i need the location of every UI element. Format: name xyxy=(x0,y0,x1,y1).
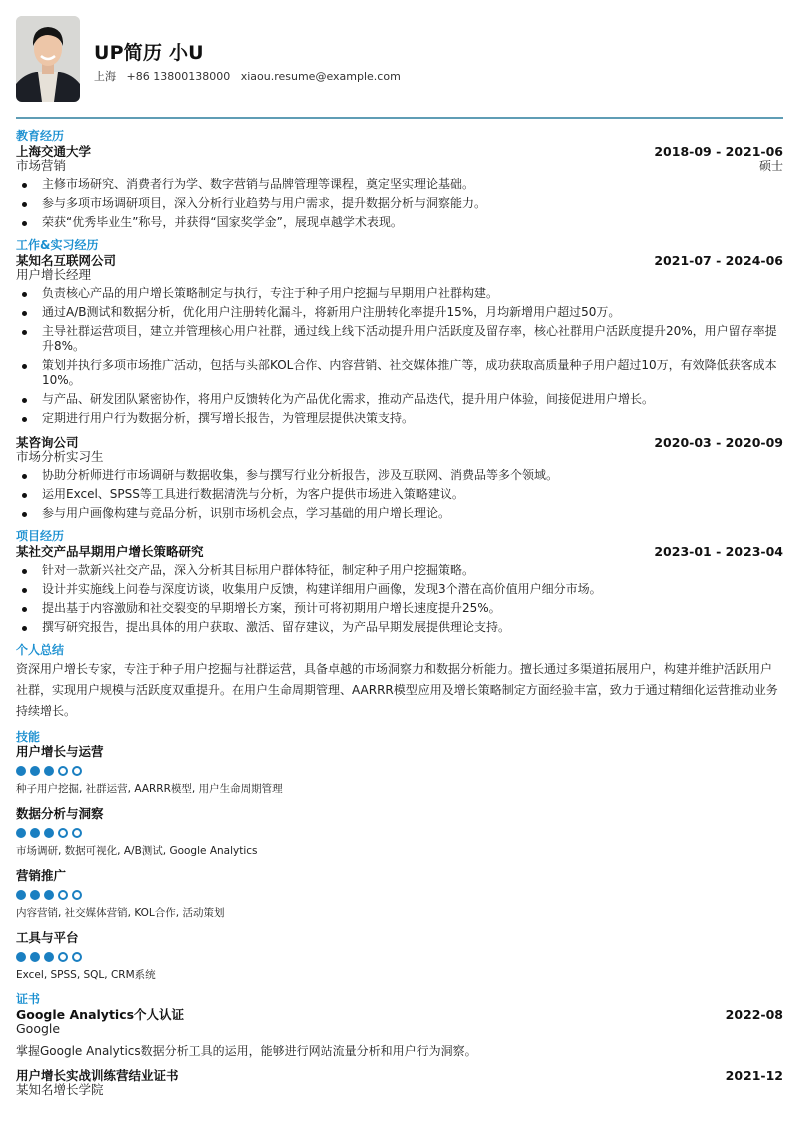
bullet-item: 与产品、研发团队紧密协作，将用户反馈转化为产品优化需求，推动产品迭代，提升用户体… xyxy=(16,392,783,407)
company-name: 某咨询公司 xyxy=(16,436,79,450)
bullet-item: 主导社群运营项目，建立并管理核心用户社群，通过线上线下活动提升用户活跃度及留存率… xyxy=(16,324,783,354)
rating-dot-filled-icon xyxy=(16,890,26,900)
certificate-date: 2022-08 xyxy=(726,1008,783,1022)
section-summary: 个人总结 资深用户增长专家，专注于种子用户挖掘与社群运营，具备卓越的市场洞察力和… xyxy=(16,643,783,722)
bullet-list: 协助分析师进行市场调研与数据收集，参与撰写行业分析报告，涉及互联网、消费品等多个… xyxy=(16,468,783,521)
school-name: 上海交通大学 xyxy=(16,145,91,159)
bullet-item: 提出基于内容激励和社交裂变的早期增长方案，预计可将初期用户增长速度提升25%。 xyxy=(16,601,783,616)
company-name: 某知名互联网公司 xyxy=(16,254,116,268)
major: 市场营销 xyxy=(16,159,66,173)
resume-body: 教育经历 上海交通大学 2018-09 - 2021-06 市场营销 硕士 主修… xyxy=(16,129,783,1097)
rating-dot-empty-icon xyxy=(58,890,68,900)
section-title: 项目经历 xyxy=(16,529,783,543)
candidate-name: UP简历 小U xyxy=(94,38,204,65)
skill-name: 用户增长与运营 xyxy=(16,744,783,759)
certificate-name: 用户增长实战训练营结业证书 xyxy=(16,1069,179,1083)
section-title: 个人总结 xyxy=(16,643,783,657)
skill-description: 内容营销, 社交媒体营销, KOL合作, 活动策划 xyxy=(16,906,783,920)
rating-dot-empty-icon xyxy=(72,952,82,962)
bullet-list: 主修市场研究、消费者行为学、数字营销与品牌管理等课程，奠定坚实理论基础。 参与多… xyxy=(16,177,783,230)
section-work: 工作&实习经历 某知名互联网公司 2021-07 - 2024-06 用户增长经… xyxy=(16,238,783,521)
bullet-item: 针对一款新兴社交产品，深入分析其目标用户群体特征，制定种子用户挖掘策略。 xyxy=(16,563,783,578)
bullet-item: 策划并执行多项市场推广活动，包括与头部KOL合作、内容营销、社交媒体推广等，成功… xyxy=(16,358,783,388)
skill-level-rating xyxy=(16,766,783,776)
skill-description: 种子用户挖掘, 社群运营, AARRR模型, 用户生命周期管理 xyxy=(16,782,783,796)
skill-description: Excel, SPSS, SQL, CRM系统 xyxy=(16,968,783,982)
bullet-item: 撰写研究报告，提出具体的用户获取、激活、留存建议，为产品早期发展提供理论支持。 xyxy=(16,620,783,635)
bullet-item: 定期进行用户行为数据分析，撰写增长报告，为管理层提供决策支持。 xyxy=(16,411,783,426)
certificate-issuer: 某知名增长学院 xyxy=(16,1083,783,1097)
rating-dot-filled-icon xyxy=(44,890,54,900)
rating-dot-filled-icon xyxy=(44,952,54,962)
resume-header: UP简历 小U 上海 +86 13800138000 xiaou.resume@… xyxy=(16,16,783,102)
bullet-item: 设计并实施线上问卷与深度访谈，收集用户反馈，构建详细用户画像，发现3个潜在高价值… xyxy=(16,582,783,597)
certificate-name: Google Analytics个人认证 xyxy=(16,1008,184,1022)
skill-level-rating xyxy=(16,952,783,962)
section-certificates: 证书 Google Analytics个人认证 2022-08 Google 掌… xyxy=(16,992,783,1097)
job-title: 用户增长经理 xyxy=(16,268,783,282)
date-range: 2018-09 - 2021-06 xyxy=(654,145,783,159)
bullet-item: 运用Excel、SPSS等工具进行数据清洗与分析，为客户提供市场进入策略建议。 xyxy=(16,487,783,502)
header-divider xyxy=(16,117,783,119)
email[interactable]: xiaou.resume@example.com xyxy=(241,70,401,83)
rating-dot-filled-icon xyxy=(16,766,26,776)
bullet-list: 负责核心产品的用户增长策略制定与执行，专注于种子用户挖掘与早期用户社群构建。 通… xyxy=(16,286,783,426)
bullet-list: 针对一款新兴社交产品，深入分析其目标用户群体特征，制定种子用户挖掘策略。 设计并… xyxy=(16,563,783,635)
certificate-issuer: Google xyxy=(16,1022,783,1036)
bullet-item: 参与用户画像构建与竞品分析，识别市场机会点，学习基础的用户增长理论。 xyxy=(16,506,783,521)
profile-photo xyxy=(16,16,80,102)
rating-dot-empty-icon xyxy=(58,828,68,838)
project-name: 某社交产品早期用户增长策略研究 xyxy=(16,545,204,559)
rating-dot-filled-icon xyxy=(30,952,40,962)
rating-dot-filled-icon xyxy=(44,828,54,838)
bullet-item: 参与多项市场调研项目，深入分析行业趋势与用户需求，提升数据分析与洞察能力。 xyxy=(16,196,783,211)
bullet-item: 主修市场研究、消费者行为学、数字营销与品牌管理等课程，奠定坚实理论基础。 xyxy=(16,177,783,192)
section-education: 教育经历 上海交通大学 2018-09 - 2021-06 市场营销 硕士 主修… xyxy=(16,129,783,230)
certificate-date: 2021-12 xyxy=(726,1069,783,1083)
degree: 硕士 xyxy=(759,159,783,173)
rating-dot-filled-icon xyxy=(44,766,54,776)
rating-dot-empty-icon xyxy=(72,828,82,838)
skill-item: 数据分析与洞察 市场调研, 数据可视化, A/B测试, Google Analy… xyxy=(16,806,783,858)
bullet-item: 协助分析师进行市场调研与数据收集，参与撰写行业分析报告，涉及互联网、消费品等多个… xyxy=(16,468,783,483)
skill-name: 工具与平台 xyxy=(16,930,783,945)
certificate-description: 掌握Google Analytics数据分析工具的运用，能够进行网站流量分析和用… xyxy=(16,1044,783,1059)
contact-info: 上海 +86 13800138000 xiaou.resume@example.… xyxy=(94,68,408,84)
section-title: 证书 xyxy=(16,992,783,1006)
summary-text: 资深用户增长专家，专注于种子用户挖掘与社群运营，具备卓越的市场洞察力和数据分析能… xyxy=(16,659,783,722)
rating-dot-empty-icon xyxy=(58,766,68,776)
section-projects: 项目经历 某社交产品早期用户增长策略研究 2023-01 - 2023-04 针… xyxy=(16,529,783,635)
date-range: 2020-03 - 2020-09 xyxy=(654,436,783,450)
skill-item: 工具与平台 Excel, SPSS, SQL, CRM系统 xyxy=(16,930,783,982)
skill-name: 数据分析与洞察 xyxy=(16,806,783,821)
rating-dot-filled-icon xyxy=(16,828,26,838)
rating-dot-empty-icon xyxy=(58,952,68,962)
job-title: 市场分析实习生 xyxy=(16,450,783,464)
section-title: 技能 xyxy=(16,730,783,744)
city: 上海 xyxy=(94,70,116,83)
skill-name: 营销推广 xyxy=(16,868,783,883)
phone: +86 13800138000 xyxy=(127,70,231,83)
rating-dot-filled-icon xyxy=(30,890,40,900)
rating-dot-empty-icon xyxy=(72,890,82,900)
skill-item: 营销推广 内容营销, 社交媒体营销, KOL合作, 活动策划 xyxy=(16,868,783,920)
rating-dot-empty-icon xyxy=(72,766,82,776)
section-title: 工作&实习经历 xyxy=(16,238,783,252)
section-title: 教育经历 xyxy=(16,129,783,143)
section-skills: 技能 用户增长与运营 种子用户挖掘, 社群运营, AARRR模型, 用户生命周期… xyxy=(16,730,783,982)
skill-level-rating xyxy=(16,828,783,838)
skill-description: 市场调研, 数据可视化, A/B测试, Google Analytics xyxy=(16,844,783,858)
skill-item: 用户增长与运营 种子用户挖掘, 社群运营, AARRR模型, 用户生命周期管理 xyxy=(16,744,783,796)
bullet-item: 通过A/B测试和数据分析，优化用户注册转化漏斗，将新用户注册转化率提升15%，月… xyxy=(16,305,783,320)
date-range: 2023-01 - 2023-04 xyxy=(654,545,783,559)
bullet-item: 荣获“优秀毕业生”称号，并获得“国家奖学金”，展现卓越学术表现。 xyxy=(16,215,783,230)
bullet-item: 负责核心产品的用户增长策略制定与执行，专注于种子用户挖掘与早期用户社群构建。 xyxy=(16,286,783,301)
rating-dot-filled-icon xyxy=(30,766,40,776)
date-range: 2021-07 - 2024-06 xyxy=(654,254,783,268)
rating-dot-filled-icon xyxy=(16,952,26,962)
skill-level-rating xyxy=(16,890,783,900)
rating-dot-filled-icon xyxy=(30,828,40,838)
